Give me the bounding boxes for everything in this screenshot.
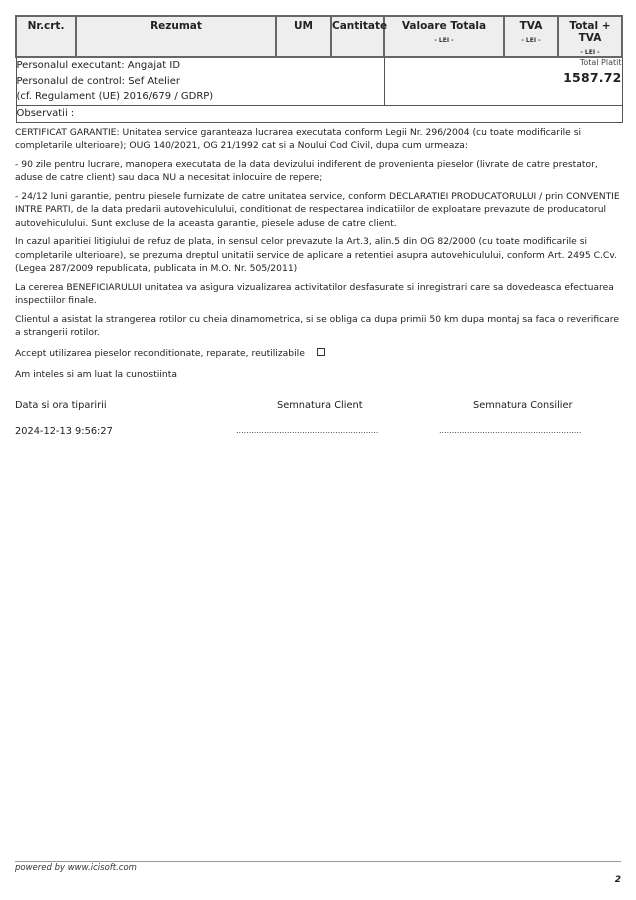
header-rezumat: Rezumat [76,16,276,57]
signature-values: 2024-12-13 9:56:27 .....................… [15,426,621,446]
footer-divider [15,861,621,862]
gdpr-regulation: (cf. Regulament (UE) 2016/679 / GDRP) [17,89,384,105]
powered-by: powered by www.icisoft.com [15,863,137,873]
currency-label: - LEI - [505,37,557,44]
header-total-tva: Total + TVA- LEI - [558,16,622,57]
currency-label: - LEI - [559,49,621,56]
acknowledgement: Am inteles si am luat la cunostiinta [15,368,621,382]
personnel-control: Personalul de control: Sef Atelier [17,74,384,90]
observations-label: Observatii : [17,108,75,119]
wheel-torque-clause: Clientul a asistat la strangerea rotilor… [15,313,621,340]
accept-reconditioned-checkbox[interactable] [317,348,325,356]
signature-labels: Data si ora tiparirii Semnatura Client S… [15,400,621,420]
observations-row: Observatii : [16,105,622,122]
accept-reconditioned-parts: Accept utilizarea pieselor reconditionat… [15,347,621,361]
summary-table: Nr.crt. Rezumat UM Cantitate Valoare Tot… [15,15,623,123]
page-number: 2 [615,875,621,885]
warranty-certificate: CERTIFICAT GARANTIE: Unitatea service ga… [15,126,621,153]
header-cantitate: Cantitate [331,16,384,57]
advisor-signature-line: ........................................… [439,426,581,435]
header-um: UM [276,16,331,57]
client-signature-label: Semnatura Client [277,400,363,411]
total-paid-label: Total Platit [385,58,622,67]
client-signature-line: ........................................… [236,426,378,435]
print-date-label: Data si ora tiparirii [15,400,107,411]
inspection-clause: La cererea BENEFICIARULUI unitatea va as… [15,281,621,308]
header-nr-crt: Nr.crt. [16,16,76,57]
observations-cell: Observatii : [16,105,622,122]
advisor-signature-label: Semnatura Consilier [473,400,573,411]
personnel-row: Personalul executant: Angajat ID Persona… [16,57,622,105]
accept-reconditioned-label: Accept utilizarea pieselor reconditionat… [15,348,305,359]
currency-label: - LEI - [385,37,503,44]
personnel-executant: Personalul executant: Angajat ID [17,58,384,74]
total-cell: Total Platit 1587.72 [384,57,622,105]
print-date-value: 2024-12-13 9:56:27 [15,426,113,437]
header-valoare-totala: Valoare Totala- LEI - [384,16,504,57]
table-header-row: Nr.crt. Rezumat UM Cantitate Valoare Tot… [16,16,622,57]
personnel-cell: Personalul executant: Angajat ID Persona… [16,57,384,105]
total-paid-value: 1587.72 [385,70,622,85]
header-tva: TVA- LEI - [504,16,558,57]
payment-dispute-clause: In cazul aparitiei litigiului de refuz d… [15,235,621,276]
warranty-parts: - 24/12 luni garantie, pentru piesele fu… [15,190,621,231]
warranty-labor: - 90 zile pentru lucrare, manopera execu… [15,158,621,185]
warranty-terms: CERTIFICAT GARANTIE: Unitatea service ga… [15,126,621,382]
document-page: Nr.crt. Rezumat UM Cantitate Valoare Tot… [15,15,621,446]
